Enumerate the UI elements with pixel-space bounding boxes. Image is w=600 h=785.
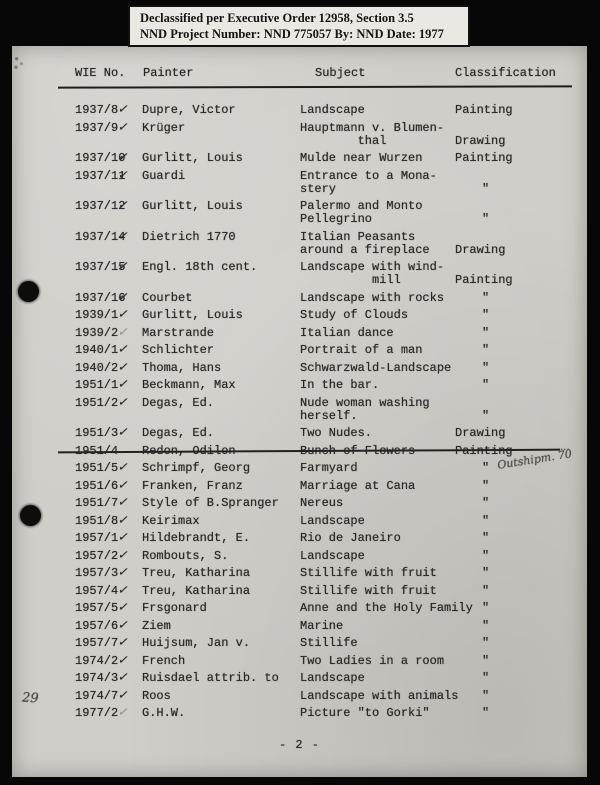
subject-cell: Mulde near Wurzen: [300, 152, 422, 165]
check-mark-icon: ✓: [117, 341, 129, 359]
wie-number-cell: 1951/5: [75, 462, 118, 475]
table-row: 1937/14 ✓ Dietrich 1770 Italian Peasants…: [0, 231, 600, 257]
subject-cell: Landscape: [300, 104, 365, 117]
subject-line: Nereus: [300, 497, 343, 510]
check-mark-icon: ✓: [117, 616, 129, 634]
painter-cell: Hildebrandt, E.: [142, 532, 250, 545]
painter-cell: Schrimpf, Georg: [142, 462, 250, 475]
wie-number-cell: 1974/3: [75, 672, 118, 685]
subject-cell: Entrance to a Mona-stery: [300, 170, 437, 196]
classification-cell: ": [482, 515, 489, 528]
painter-cell: Style of B.Spranger: [142, 497, 279, 510]
painter-cell: Huijsum, Jan v.: [142, 637, 250, 650]
painter-cell: Ziem: [142, 620, 171, 633]
check-mark-icon: ✓: [117, 686, 129, 704]
subject-line: Marriage at Cana: [300, 480, 415, 493]
classification-cell: ": [482, 497, 489, 510]
declassification-stamp: Declassified per Executive Order 12958, …: [128, 5, 470, 47]
subject-cell: Farmyard: [300, 462, 358, 475]
subject-line: In the bar.: [300, 379, 379, 392]
subject-cell: Nude woman washingherself.: [300, 397, 430, 423]
painter-cell: Courbet: [142, 292, 192, 305]
document-scan: Declassified per Executive Order 12958, …: [0, 0, 600, 785]
table-row: 1940/1 ✓ Schlichter Portrait of a man ": [0, 344, 600, 357]
table-row: 1940/2 ✓ Thoma, Hans Schwarzwald-Landsca…: [0, 362, 600, 375]
table-row: 1951/5 ✓ Schrimpf, Georg Farmyard ": [0, 462, 600, 475]
painter-cell: Thoma, Hans: [142, 362, 221, 375]
classification-cell: ": [482, 532, 489, 545]
subject-cell: Rio de Janeiro: [300, 532, 401, 545]
painter-cell: Ruisdael attrib. to: [142, 672, 279, 685]
classification-cell: Drawing: [455, 244, 505, 257]
check-mark-icon: ✓: [117, 634, 129, 652]
table-row: 1951/8 ✓ Keirimax Landscape ": [0, 515, 600, 528]
classification-cell: ": [482, 550, 489, 563]
wie-number-cell: 1977/2: [75, 707, 118, 720]
check-mark-icon: ✓: [117, 323, 129, 341]
subject-line: Hauptmann v. Blumen-: [300, 122, 444, 135]
wie-number-cell: 1974/7: [75, 690, 118, 703]
classification-cell: ": [482, 362, 489, 375]
wie-number-cell: 1957/3: [75, 567, 118, 580]
table-row: 1951/1 ✓ Beckmann, Max In the bar. ": [0, 379, 600, 392]
subject-cell: Landscape: [300, 550, 365, 563]
subject-cell: Nereus: [300, 497, 343, 510]
painter-cell: Krüger: [142, 122, 185, 135]
table-row: 1974/2 ✓ French Two Ladies in a room ": [0, 655, 600, 668]
subject-cell: Italian Peasantsaround a fireplace: [300, 231, 430, 257]
painter-cell: Keirimax: [142, 515, 200, 528]
table-row: 1937/12 ✓ Gurlitt, Louis Palermo and Mon…: [0, 200, 600, 226]
subject-cell: Anne and the Holy Family: [300, 602, 473, 615]
column-header-subject: Subject: [315, 66, 365, 80]
classification-cell: ": [482, 344, 489, 357]
check-mark-icon: ✓: [117, 651, 129, 669]
wie-number-cell: 1951/7: [75, 497, 118, 510]
check-mark-icon: ✓: [117, 529, 129, 547]
wie-number-cell: 1957/7: [75, 637, 118, 650]
page-number: - 2 -: [12, 738, 587, 752]
subject-line: Landscape: [300, 515, 365, 528]
check-mark-icon: ✓: [117, 376, 129, 394]
table-row: 1939/2 ✓ Marstrande Italian dance ": [0, 327, 600, 340]
subject-line: stery: [300, 183, 437, 196]
catalog-table: 1937/8 ✓ Dupre, Victor Landscape Paintin…: [0, 104, 600, 725]
subject-line: Picture "to Gorki": [300, 707, 430, 720]
table-row: 1957/4 ✓ Treu, Katharina Stillife with f…: [0, 585, 600, 598]
subject-cell: Stillife with fruit: [300, 567, 437, 580]
wie-number-cell: 1939/1: [75, 309, 118, 322]
painter-cell: Treu, Katharina: [142, 585, 250, 598]
subject-line: Italian Peasants: [300, 231, 430, 244]
subject-cell: Picture "to Gorki": [300, 707, 430, 720]
subject-line: around a fireplace: [300, 244, 430, 257]
subject-cell: Hauptmann v. Blumen- thal: [300, 122, 444, 148]
column-header-classification: Classification: [455, 66, 556, 80]
table-row: 1937/10 ✓ Gurlitt, Louis Mulde near Wurz…: [0, 152, 600, 165]
stamp-line-1: Declassified per Executive Order 12958, …: [140, 10, 460, 26]
classification-cell: ": [482, 620, 489, 633]
classification-cell: ": [482, 567, 489, 580]
subject-cell: Landscape with wind- mill: [300, 261, 444, 287]
check-mark-icon: ✓: [117, 564, 129, 582]
wie-number-cell: 1951/3: [75, 427, 118, 440]
subject-cell: Two Nudes.: [300, 427, 372, 440]
wie-number-cell: 1951/6: [75, 480, 118, 493]
table-row: 1957/5 ✓ Frsgonard Anne and the Holy Fam…: [0, 602, 600, 615]
subject-line: Entrance to a Mona-: [300, 170, 437, 183]
painter-cell: Schlichter: [142, 344, 214, 357]
classification-cell: ": [482, 655, 489, 668]
table-row: 1951/3 ✓ Degas, Ed. Two Nudes. Drawing: [0, 427, 600, 440]
subject-cell: Two Ladies in a room: [300, 655, 444, 668]
subject-line: Landscape: [300, 550, 365, 563]
subject-line: Study of Clouds: [300, 309, 408, 322]
subject-line: Schwarzwald-Landscape: [300, 362, 451, 375]
classification-cell: Drawing: [455, 135, 505, 148]
painter-cell: Guardi: [142, 170, 185, 183]
table-row: 1977/2 ✓ G.H.W. Picture "to Gorki" ": [0, 707, 600, 720]
classification-cell: ": [482, 213, 489, 226]
table-row: 1951/2 ✓ Degas, Ed. Nude woman washinghe…: [0, 397, 600, 423]
check-mark-icon: ✓: [117, 118, 129, 136]
subject-line: Portrait of a man: [300, 344, 422, 357]
wie-number-cell: 1939/2: [75, 327, 118, 340]
check-mark-icon: ✓: [117, 669, 129, 687]
stamp-line-2: NND Project Number: NND 775057 By: NND D…: [140, 26, 460, 42]
wie-number-cell: 1957/2: [75, 550, 118, 563]
painter-cell: Roos: [142, 690, 171, 703]
table-row: 1951/6 ✓ Franken, Franz Marriage at Cana…: [0, 480, 600, 493]
table-row: 1937/9 ✓ Krüger Hauptmann v. Blumen- tha…: [0, 122, 600, 148]
painter-cell: Rombouts, S.: [142, 550, 228, 563]
subject-line: Stillife with fruit: [300, 567, 437, 580]
painter-cell: Frsgonard: [142, 602, 207, 615]
subject-line: Anne and the Holy Family: [300, 602, 473, 615]
painter-cell: Engl. 18th cent.: [142, 261, 257, 274]
subject-cell: Schwarzwald-Landscape: [300, 362, 451, 375]
table-row: 1951/7 ✓ Style of B.Spranger Nereus ": [0, 497, 600, 510]
table-row: 1937/11 ✓ Guardi Entrance to a Mona-ster…: [0, 170, 600, 196]
subject-line: Two Nudes.: [300, 427, 372, 440]
painter-cell: Dupre, Victor: [142, 104, 236, 117]
subject-cell: In the bar.: [300, 379, 379, 392]
table-row: 1957/1 ✓ Hildebrandt, E. Rio de Janeiro …: [0, 532, 600, 545]
painter-cell: Beckmann, Max: [142, 379, 236, 392]
subject-line: Landscape: [300, 672, 365, 685]
subject-line: Marine: [300, 620, 343, 633]
painter-cell: Gurlitt, Louis: [142, 200, 243, 213]
classification-cell: ": [482, 585, 489, 598]
subject-cell: Landscape with rocks: [300, 292, 444, 305]
wie-number-cell: 1951/1: [75, 379, 118, 392]
subject-cell: Landscape with animals: [300, 690, 458, 703]
wie-number-cell: 1957/4: [75, 585, 118, 598]
classification-cell: Painting: [455, 274, 513, 287]
subject-line: Nude woman washing: [300, 397, 430, 410]
classification-cell: ": [482, 410, 489, 423]
classification-cell: ": [482, 690, 489, 703]
check-mark-icon: ✓: [117, 393, 129, 411]
wie-number-cell: 1957/6: [75, 620, 118, 633]
subject-cell: Marine: [300, 620, 343, 633]
classification-cell: ": [482, 672, 489, 685]
table-row: 1937/15 ✓ Engl. 18th cent. Landscape wit…: [0, 261, 600, 287]
wie-number-cell: 1957/5: [75, 602, 118, 615]
check-mark-icon: ✓: [117, 581, 129, 599]
margin-annotation: 29: [22, 690, 39, 706]
painter-cell: Degas, Ed.: [142, 427, 214, 440]
subject-cell: Portrait of a man: [300, 344, 422, 357]
table-row: 1937/8 ✓ Dupre, Victor Landscape Paintin…: [0, 104, 600, 117]
check-mark-icon: ✓: [117, 358, 129, 376]
subject-line: Two Ladies in a room: [300, 655, 444, 668]
classification-cell: ": [482, 292, 489, 305]
subject-line: Landscape: [300, 104, 365, 117]
check-mark-icon: ✓: [117, 459, 129, 477]
classification-cell: ": [482, 602, 489, 615]
wie-number-cell: 1951/8: [75, 515, 118, 528]
painter-cell: Marstrande: [142, 327, 214, 340]
painter-cell: Gurlitt, Louis: [142, 309, 243, 322]
table-header-row: WIE No. Painter Subject Classification: [0, 66, 600, 82]
painter-cell: Degas, Ed.: [142, 397, 214, 410]
subject-cell: Landscape: [300, 515, 365, 528]
table-row: 1939/1 ✓ Gurlitt, Louis Study of Clouds …: [0, 309, 600, 322]
subject-cell: Italian dance: [300, 327, 394, 340]
table-row: 1957/2 ✓ Rombouts, S. Landscape ": [0, 550, 600, 563]
classification-cell: Painting: [455, 104, 513, 117]
classification-cell: ": [482, 462, 489, 475]
wie-number-cell: 1937/9: [75, 122, 118, 135]
table-row: 1974/3 ✓ Ruisdael attrib. to Landscape ": [0, 672, 600, 685]
subject-line: Italian dance: [300, 327, 394, 340]
wie-number-cell: 1974/2: [75, 655, 118, 668]
wie-number-cell: 1940/2: [75, 362, 118, 375]
painter-cell: Franken, Franz: [142, 480, 243, 493]
table-row: 1974/7 ✓ Roos Landscape with animals " 2…: [0, 690, 600, 703]
check-mark-icon: ✓: [117, 476, 129, 494]
subject-line: Landscape with animals: [300, 690, 458, 703]
subject-line: thal: [300, 135, 444, 148]
classification-cell: ": [482, 707, 489, 720]
subject-cell: Stillife: [300, 637, 358, 650]
check-mark-icon: ✓: [117, 101, 129, 119]
table-row: 1951/4 Redon, Odilon Bunch of Flowers Pa…: [0, 445, 600, 458]
classification-cell: ": [482, 309, 489, 322]
table-row: 1937/16 ✓ Courbet Landscape with rocks ": [0, 292, 600, 305]
subject-line: mill: [300, 274, 444, 287]
classification-cell: ": [482, 379, 489, 392]
subject-line: Rio de Janeiro: [300, 532, 401, 545]
table-row: 1957/7 ✓ Huijsum, Jan v. Stillife ": [0, 637, 600, 650]
subject-cell: Stillife with fruit: [300, 585, 437, 598]
subject-cell: Landscape: [300, 672, 365, 685]
wie-number-cell: 1951/2: [75, 397, 118, 410]
check-mark-icon: ✓: [117, 546, 129, 564]
subject-line: herself.: [300, 410, 430, 423]
check-mark-icon: ✓: [117, 511, 129, 529]
painter-cell: Dietrich 1770: [142, 231, 236, 244]
column-header-wie-no: WIE No.: [75, 66, 125, 80]
painter-cell: Gurlitt, Louis: [142, 152, 243, 165]
check-mark-icon: ✓: [117, 306, 129, 324]
painter-cell: G.H.W.: [142, 707, 185, 720]
classification-cell: ": [482, 637, 489, 650]
classification-cell: ": [482, 480, 489, 493]
subject-line: Landscape with rocks: [300, 292, 444, 305]
subject-line: Stillife with fruit: [300, 585, 437, 598]
painter-cell: Treu, Katharina: [142, 567, 250, 580]
subject-line: Farmyard: [300, 462, 358, 475]
classification-cell: ": [482, 327, 489, 340]
subject-cell: Palermo and MontoPellegrino: [300, 200, 422, 226]
check-mark-icon: ✓: [117, 599, 129, 617]
subject-line: Mulde near Wurzen: [300, 152, 422, 165]
classification-cell: Painting: [455, 152, 513, 165]
wie-number-cell: 1957/1: [75, 532, 118, 545]
wie-number-cell: 1937/8: [75, 104, 118, 117]
column-header-painter: Painter: [143, 66, 193, 80]
table-row: 1957/3 ✓ Treu, Katharina Stillife with f…: [0, 567, 600, 580]
check-mark-icon: ✓: [117, 704, 129, 722]
classification-cell: Drawing: [455, 427, 505, 440]
painter-cell: French: [142, 655, 185, 668]
wie-number-cell: 1940/1: [75, 344, 118, 357]
table-row: 1957/6 ✓ Ziem Marine ": [0, 620, 600, 633]
subject-line: Pellegrino: [300, 213, 422, 226]
subject-cell: Study of Clouds: [300, 309, 408, 322]
subject-line: Stillife: [300, 637, 358, 650]
subject-cell: Marriage at Cana: [300, 480, 415, 493]
check-mark-icon: ✓: [117, 424, 129, 442]
check-mark-icon: ✓: [117, 494, 129, 512]
classification-cell: ": [482, 183, 489, 196]
